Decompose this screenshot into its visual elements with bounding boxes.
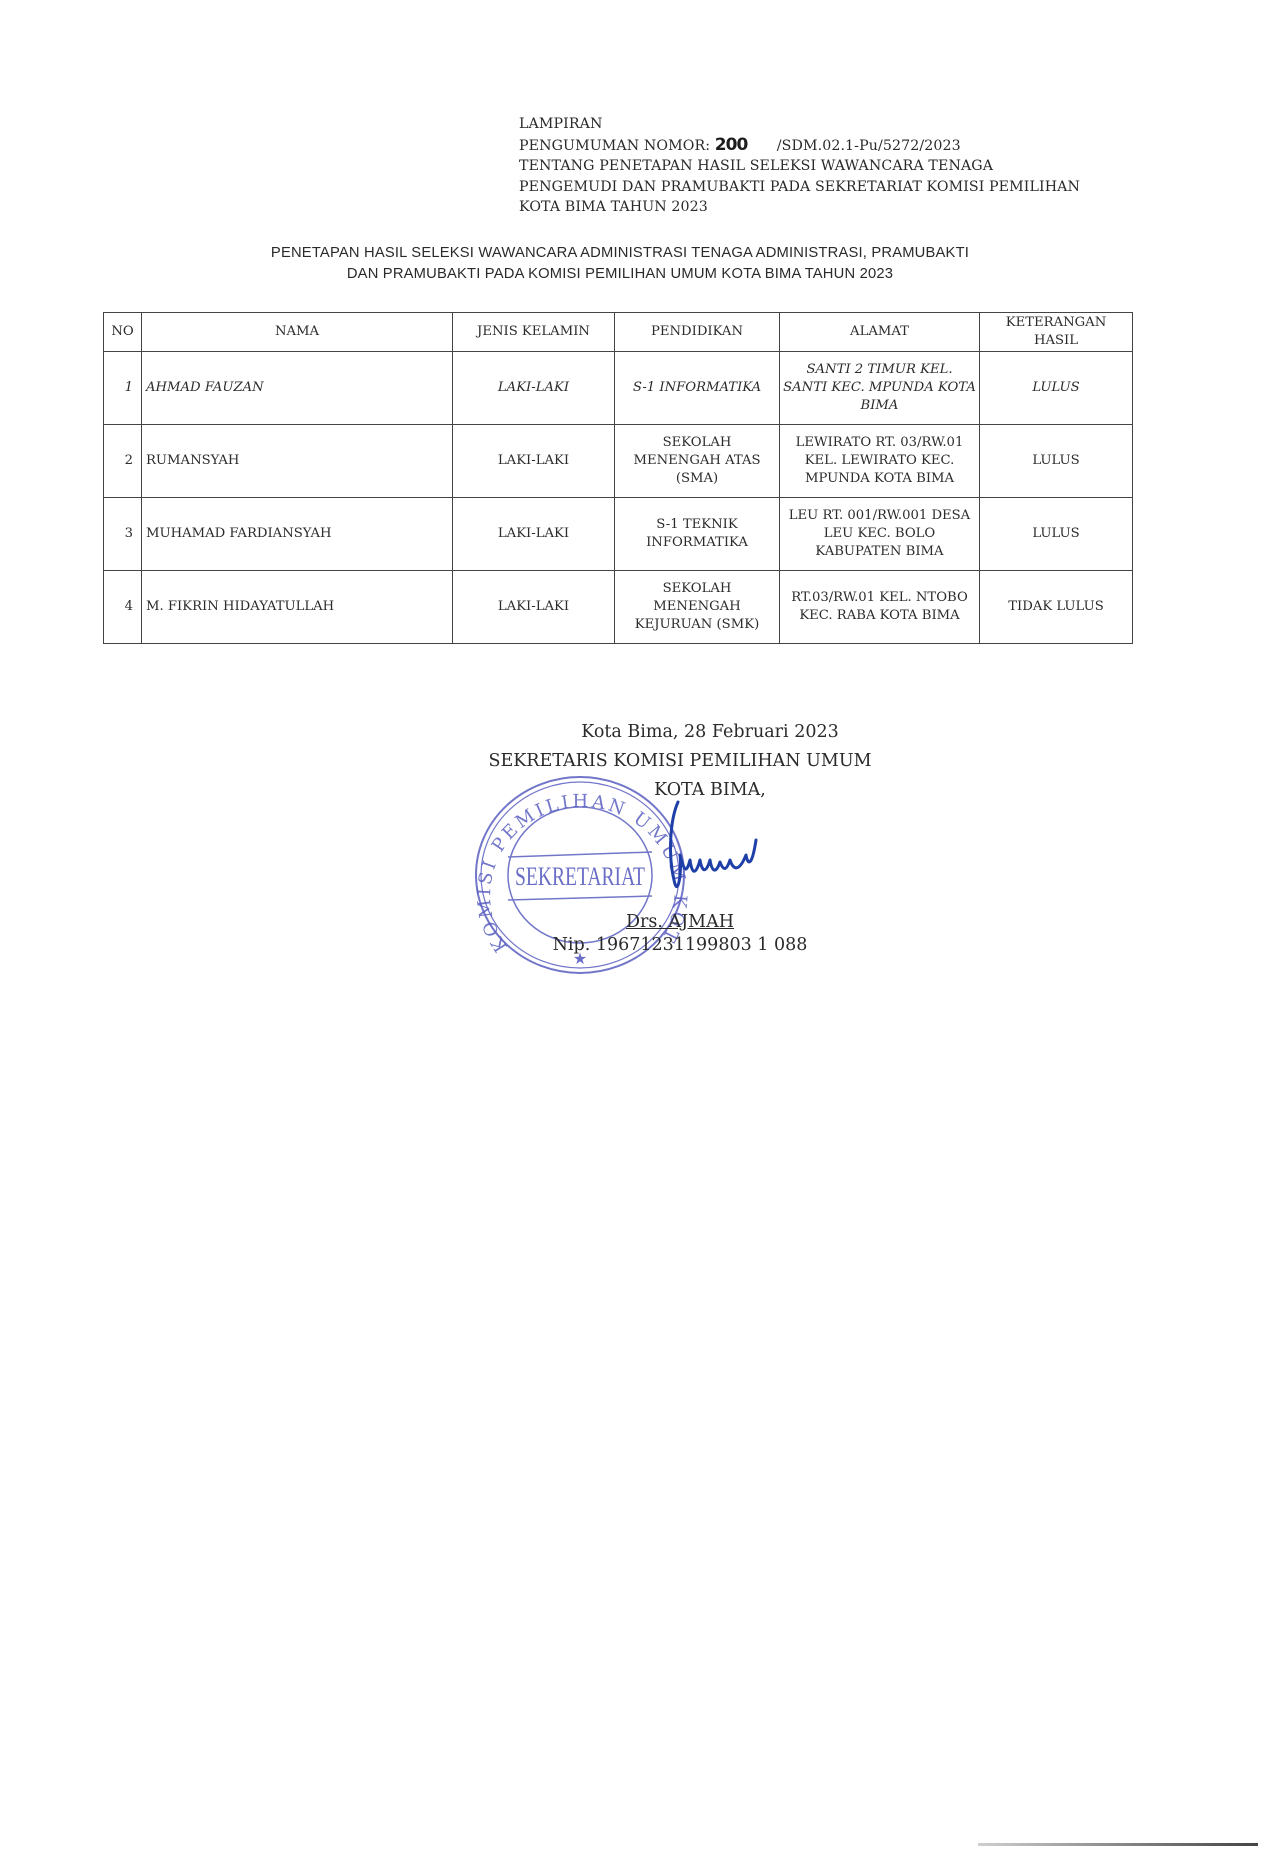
col-jenis-kelamin: JENIS KELAMIN: [453, 313, 615, 352]
col-nama: NAMA: [142, 313, 453, 352]
title-line-1: PENETAPAN HASIL SELEKSI WAWANCARA ADMINI…: [164, 242, 1076, 263]
lampiran-label: LAMPIRAN: [519, 114, 1080, 135]
cell-nama: AHMAD FAUZAN: [142, 352, 453, 425]
cell-no: 1: [104, 352, 142, 425]
cell-hasil: LULUS: [980, 352, 1133, 425]
document-title: PENETAPAN HASIL SELEKSI WAWANCARA ADMINI…: [164, 242, 1076, 284]
title-line-2: DAN PRAMUBAKTI PADA KOMISI PEMILIHAN UMU…: [164, 263, 1076, 284]
cell-nama: RUMANSYAH: [142, 425, 453, 498]
cell-jenis-kelamin: LAKI-LAKI: [453, 352, 615, 425]
cell-no: 2: [104, 425, 142, 498]
col-keterangan-hasil: KETERANGAN HASIL: [980, 313, 1133, 352]
cell-pendidikan: S-1 TEKNIK INFORMATIKA: [615, 498, 780, 571]
footer-divider: [978, 1843, 1258, 1846]
cell-alamat: LEWIRATO RT. 03/RW.01 KEL. LEWIRATO KEC.…: [780, 425, 980, 498]
table-header-row: NO NAMA JENIS KELAMIN PENDIDIKAN ALAMAT …: [104, 313, 1133, 352]
cell-alamat: RT.03/RW.01 KEL. NTOBO KEC. RABA KOTA BI…: [780, 571, 980, 644]
cell-pendidikan: SEKOLAH MENENGAH KEJURUAN (SMK): [615, 571, 780, 644]
lampiran-header: LAMPIRAN PENGUMUMAN NOMOR: 200/SDM.02.1-…: [519, 114, 1080, 218]
signatory-nip: Nip. 19671231199803 1 088: [470, 931, 890, 960]
table-row: 3 MUHAMAD FARDIANSYAH LAKI-LAKI S-1 TEKN…: [104, 498, 1133, 571]
nomor-label: PENGUMUMAN NOMOR:: [519, 138, 710, 154]
col-alamat: ALAMAT: [780, 313, 980, 352]
position-line-2: KOTA BIMA,: [530, 776, 890, 805]
position-line-1: SEKRETARIS KOMISI PEMILIHAN UMUM: [470, 747, 890, 776]
cell-nama: M. FIKRIN HIDAYATULLAH: [142, 571, 453, 644]
cell-jenis-kelamin: LAKI-LAKI: [453, 425, 615, 498]
place-date: Kota Bima, 28 Februari 2023: [530, 718, 890, 747]
subject-line: PENGEMUDI DAN PRAMUBAKTI PADA SEKRETARIA…: [519, 177, 1080, 198]
cell-nama: MUHAMAD FARDIANSYAH: [142, 498, 453, 571]
cell-pendidikan: SEKOLAH MENENGAH ATAS (SMA): [615, 425, 780, 498]
cell-hasil: LULUS: [980, 498, 1133, 571]
cell-jenis-kelamin: LAKI-LAKI: [453, 498, 615, 571]
cell-hasil: TIDAK LULUS: [980, 571, 1133, 644]
cell-alamat: SANTI 2 TIMUR KEL. SANTI KEC. MPUNDA KOT…: [780, 352, 980, 425]
table-row: 2 RUMANSYAH LAKI-LAKI SEKOLAH MENENGAH A…: [104, 425, 1133, 498]
signature-block: Kota Bima, 28 Februari 2023 SEKRETARIS K…: [470, 718, 890, 805]
col-no: NO: [104, 313, 142, 352]
tentang-line: TENTANG PENETAPAN HASIL SELEKSI WAWANCAR…: [519, 156, 1080, 177]
table-row: 1 AHMAD FAUZAN LAKI-LAKI S-1 INFORMATIKA…: [104, 352, 1133, 425]
year-line: KOTA BIMA TAHUN 2023: [519, 197, 1080, 218]
cell-no: 3: [104, 498, 142, 571]
pengumuman-nomor: PENGUMUMAN NOMOR: 200/SDM.02.1-Pu/5272/2…: [519, 135, 1080, 157]
cell-pendidikan: S-1 INFORMATIKA: [615, 352, 780, 425]
cell-alamat: LEU RT. 001/RW.001 DESA LEU KEC. BOLO KA…: [780, 498, 980, 571]
nomor-suffix: /SDM.02.1-Pu/5272/2023: [777, 138, 961, 154]
stamp-center-text: SEKRETARIAT: [515, 862, 645, 891]
col-pendidikan: PENDIDIKAN: [615, 313, 780, 352]
handwritten-signature: [660, 800, 780, 910]
cell-hasil: LULUS: [980, 425, 1133, 498]
results-table: NO NAMA JENIS KELAMIN PENDIDIKAN ALAMAT …: [103, 312, 1133, 644]
nomor-handwritten: 200: [715, 135, 777, 156]
cell-jenis-kelamin: LAKI-LAKI: [453, 571, 615, 644]
cell-no: 4: [104, 571, 142, 644]
table-row: 4 M. FIKRIN HIDAYATULLAH LAKI-LAKI SEKOL…: [104, 571, 1133, 644]
